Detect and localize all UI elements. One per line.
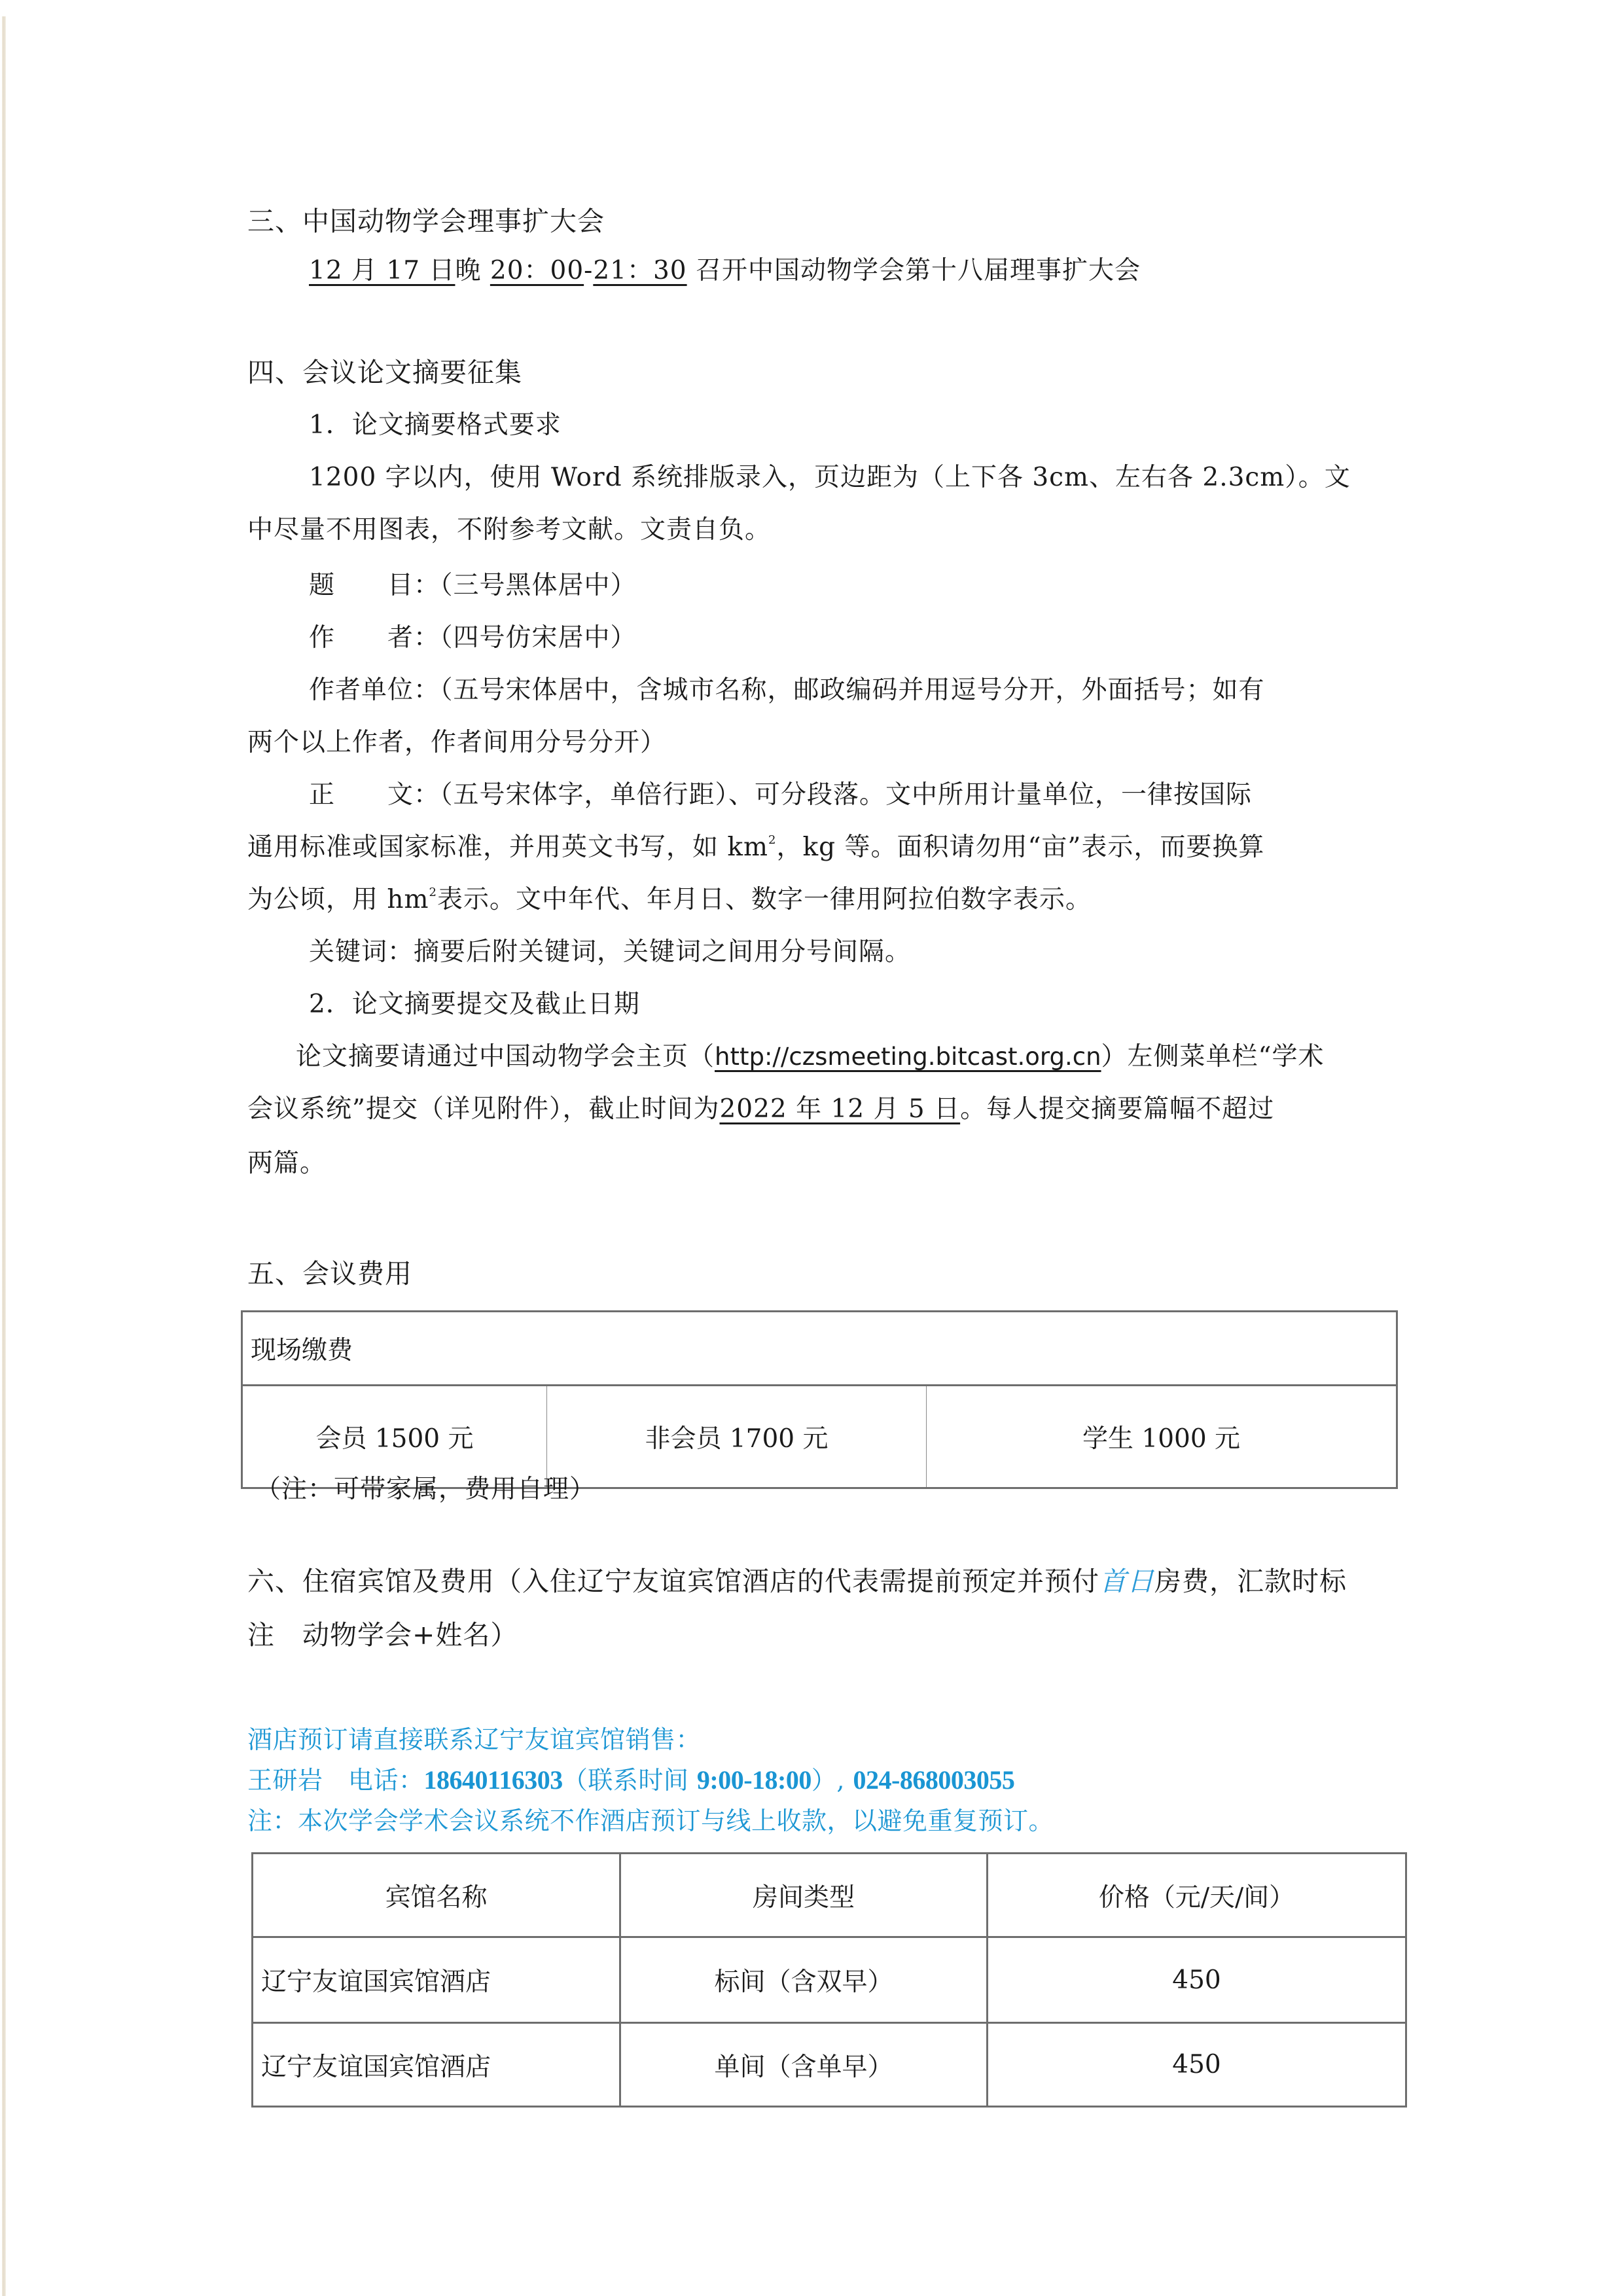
affiliation-line-2: 两个以上作者，作者间用分号分开） — [247, 726, 666, 760]
fee-note: （注：可带家属，费用自理） — [255, 1473, 596, 1507]
section-3-heading: 三、中国动物学会理事扩大会 — [247, 204, 605, 238]
submission-text-a: 论文摘要请通过中国动物学会主页（ — [296, 1042, 715, 1071]
contact-phone: 18640116303 — [424, 1765, 563, 1795]
header-hotel-name: 宾馆名称 — [253, 1854, 620, 1937]
fee-table: 现场缴费 会员 1500 元 非会员 1700 元 学生 1000 元 — [241, 1310, 1398, 1489]
title-format: （三号黑体居中） — [440, 571, 637, 600]
hotel-name: 辽宁友谊国宾馆酒店 — [253, 1937, 620, 2023]
table-row: 辽宁友谊国宾馆酒店 标间（含双早） 450 — [253, 1937, 1406, 2023]
submission-deadline: 2022 年 12 月 5 日 — [719, 1094, 960, 1124]
title-label: 题 目： — [309, 571, 440, 600]
author-format: （四号仿宋居中） — [440, 623, 637, 653]
fee-non-member: 非会员 1700 元 — [547, 1386, 927, 1488]
body-format-line-3: 为公顷，用 hm2表示。文中年代、年月日、数字一律用阿拉伯数字表示。 — [247, 883, 1092, 917]
section-6-heading-line-2: 注 动物学会+姓名） — [247, 1618, 518, 1652]
body-format-line-1: 正 文：（五号宋体字，单倍行距）、可分段落。文中所用计量单位，一律按国际 — [309, 778, 1252, 812]
subsection-2-heading: 2．论文摘要提交及截止日期 — [309, 988, 640, 1022]
meeting-start-time: 20：00 — [490, 256, 584, 285]
author-format-line: 作 者：（四号仿宋居中） — [309, 621, 637, 655]
fee-student: 学生 1000 元 — [927, 1386, 1397, 1488]
meeting-time-line: 12 月 17 日晚 20：00-21：30 召开中国动物学会第十八届理事扩大会 — [309, 254, 1141, 288]
evening-label: 晚 — [455, 256, 481, 285]
hotel-table-header-row: 宾馆名称 房间类型 价格（元/天/间） — [253, 1854, 1406, 1937]
czs-meeting-link[interactable]: http://czsmeeting.bitcast.org.cn — [715, 1043, 1101, 1071]
section-4-heading: 四、会议论文摘要征集 — [247, 355, 522, 389]
time-dash: - — [584, 256, 593, 285]
price: 450 — [988, 1937, 1406, 2023]
table-row: 辽宁友谊国宾馆酒店 单间（含单早） 450 — [253, 2023, 1406, 2107]
contact-name: 王研岩 电话： — [247, 1766, 424, 1795]
price: 450 — [988, 2023, 1406, 2107]
submission-text-d: 。每人提交摘要篇幅不超过 — [960, 1094, 1274, 1124]
format-paragraph-line-1: 1200 字以内，使用 Word 系统排版录入，页边距为（上下各 3cm、左右各… — [309, 461, 1351, 495]
submission-line-1: 论文摘要请通过中国动物学会主页（http://czsmeeting.bitcas… — [296, 1040, 1325, 1074]
hotel-contact-intro: 酒店预订请直接联系辽宁友谊宾馆销售： — [247, 1723, 701, 1757]
body-line-2-text-a: 通用标准或国家标准，并用英文书写，如 km — [247, 833, 768, 862]
affiliation-line-1: 作者单位：（五号宋体居中，含城市名称，邮政编码并用逗号分开，外面括号；如有 — [309, 673, 1265, 708]
format-paragraph-line-2: 中尽量不用图表，不附参考文献。文责自负。 — [247, 513, 771, 547]
first-day-highlight: 首日 — [1099, 1566, 1154, 1597]
meeting-description: 召开中国动物学会第十八届理事扩大会 — [696, 256, 1141, 285]
author-label: 作 者： — [309, 623, 440, 653]
hotel-name: 辽宁友谊国宾馆酒店 — [253, 2023, 620, 2107]
body-format-line-2: 通用标准或国家标准，并用英文书写，如 km2，kg 等。面积请勿用“亩”表示，而… — [247, 831, 1264, 865]
contact-separator: ）, — [811, 1766, 853, 1795]
body-line-3-text-b: 表示。文中年代、年月日、数字一律用阿拉伯数字表示。 — [437, 885, 1092, 914]
section-6-heading-line-1: 六、住宿宾馆及费用（入住辽宁友谊宾馆酒店的代表需提前预定并预付首日房费，汇款时标 — [247, 1564, 1347, 1598]
room-type: 标间（含双早） — [620, 1937, 988, 2023]
section-5-heading: 五、会议费用 — [247, 1257, 412, 1291]
contact-hours-label: （联系时间 — [563, 1766, 697, 1795]
keywords-line: 关键词：摘要后附关键词，关键词之间用分号间隔。 — [309, 935, 911, 969]
scan-edge — [2, 16, 6, 2296]
submission-text-b: ）左侧菜单栏“学术 — [1101, 1042, 1325, 1071]
section-6-heading-text-b: 房费，汇款时标 — [1154, 1566, 1347, 1597]
submission-line-2: 会议系统”提交（详见附件），截止时间为2022 年 12 月 5 日。每人提交摘… — [247, 1092, 1274, 1126]
body-line-2-text-b: ，kg 等。面积请勿用“亩”表示，而要换算 — [776, 833, 1264, 862]
fee-table-header: 现场缴费 — [242, 1312, 1397, 1386]
hotel-table: 宾馆名称 房间类型 价格（元/天/间） 辽宁友谊国宾馆酒店 标间（含双早） 45… — [251, 1852, 1407, 2108]
km-superscript: 2 — [768, 833, 776, 847]
hm-superscript: 2 — [429, 886, 437, 899]
meeting-end-time: 21：30 — [593, 256, 687, 285]
contact-phone-2: 024-868003055 — [853, 1765, 1015, 1795]
title-format-line: 题 目：（三号黑体居中） — [309, 569, 637, 603]
header-room-type: 房间类型 — [620, 1854, 988, 1937]
submission-line-3: 两篇。 — [247, 1147, 326, 1181]
hotel-booking-note: 注：本次学会学术会议系统不作酒店预订与线上收款，以避免重复预订。 — [247, 1804, 1054, 1838]
room-type: 单间（含单早） — [620, 2023, 988, 2107]
meeting-date: 12 月 17 日 — [309, 256, 455, 285]
body-line-3-text-a: 为公顷，用 hm — [247, 885, 429, 914]
section-6-heading-text-a: 六、住宿宾馆及费用（入住辽宁友谊宾馆酒店的代表需提前预定并预付 — [247, 1566, 1099, 1597]
subsection-1-heading: 1．论文摘要格式要求 — [309, 408, 562, 442]
header-price: 价格（元/天/间） — [988, 1854, 1406, 1937]
contact-hours: 9:00-18:00 — [697, 1765, 811, 1795]
hotel-contact-details: 王研岩 电话：18640116303（联系时间 9:00-18:00）, 024… — [247, 1763, 1014, 1797]
submission-text-c: 会议系统”提交（详见附件），截止时间为 — [247, 1094, 719, 1124]
